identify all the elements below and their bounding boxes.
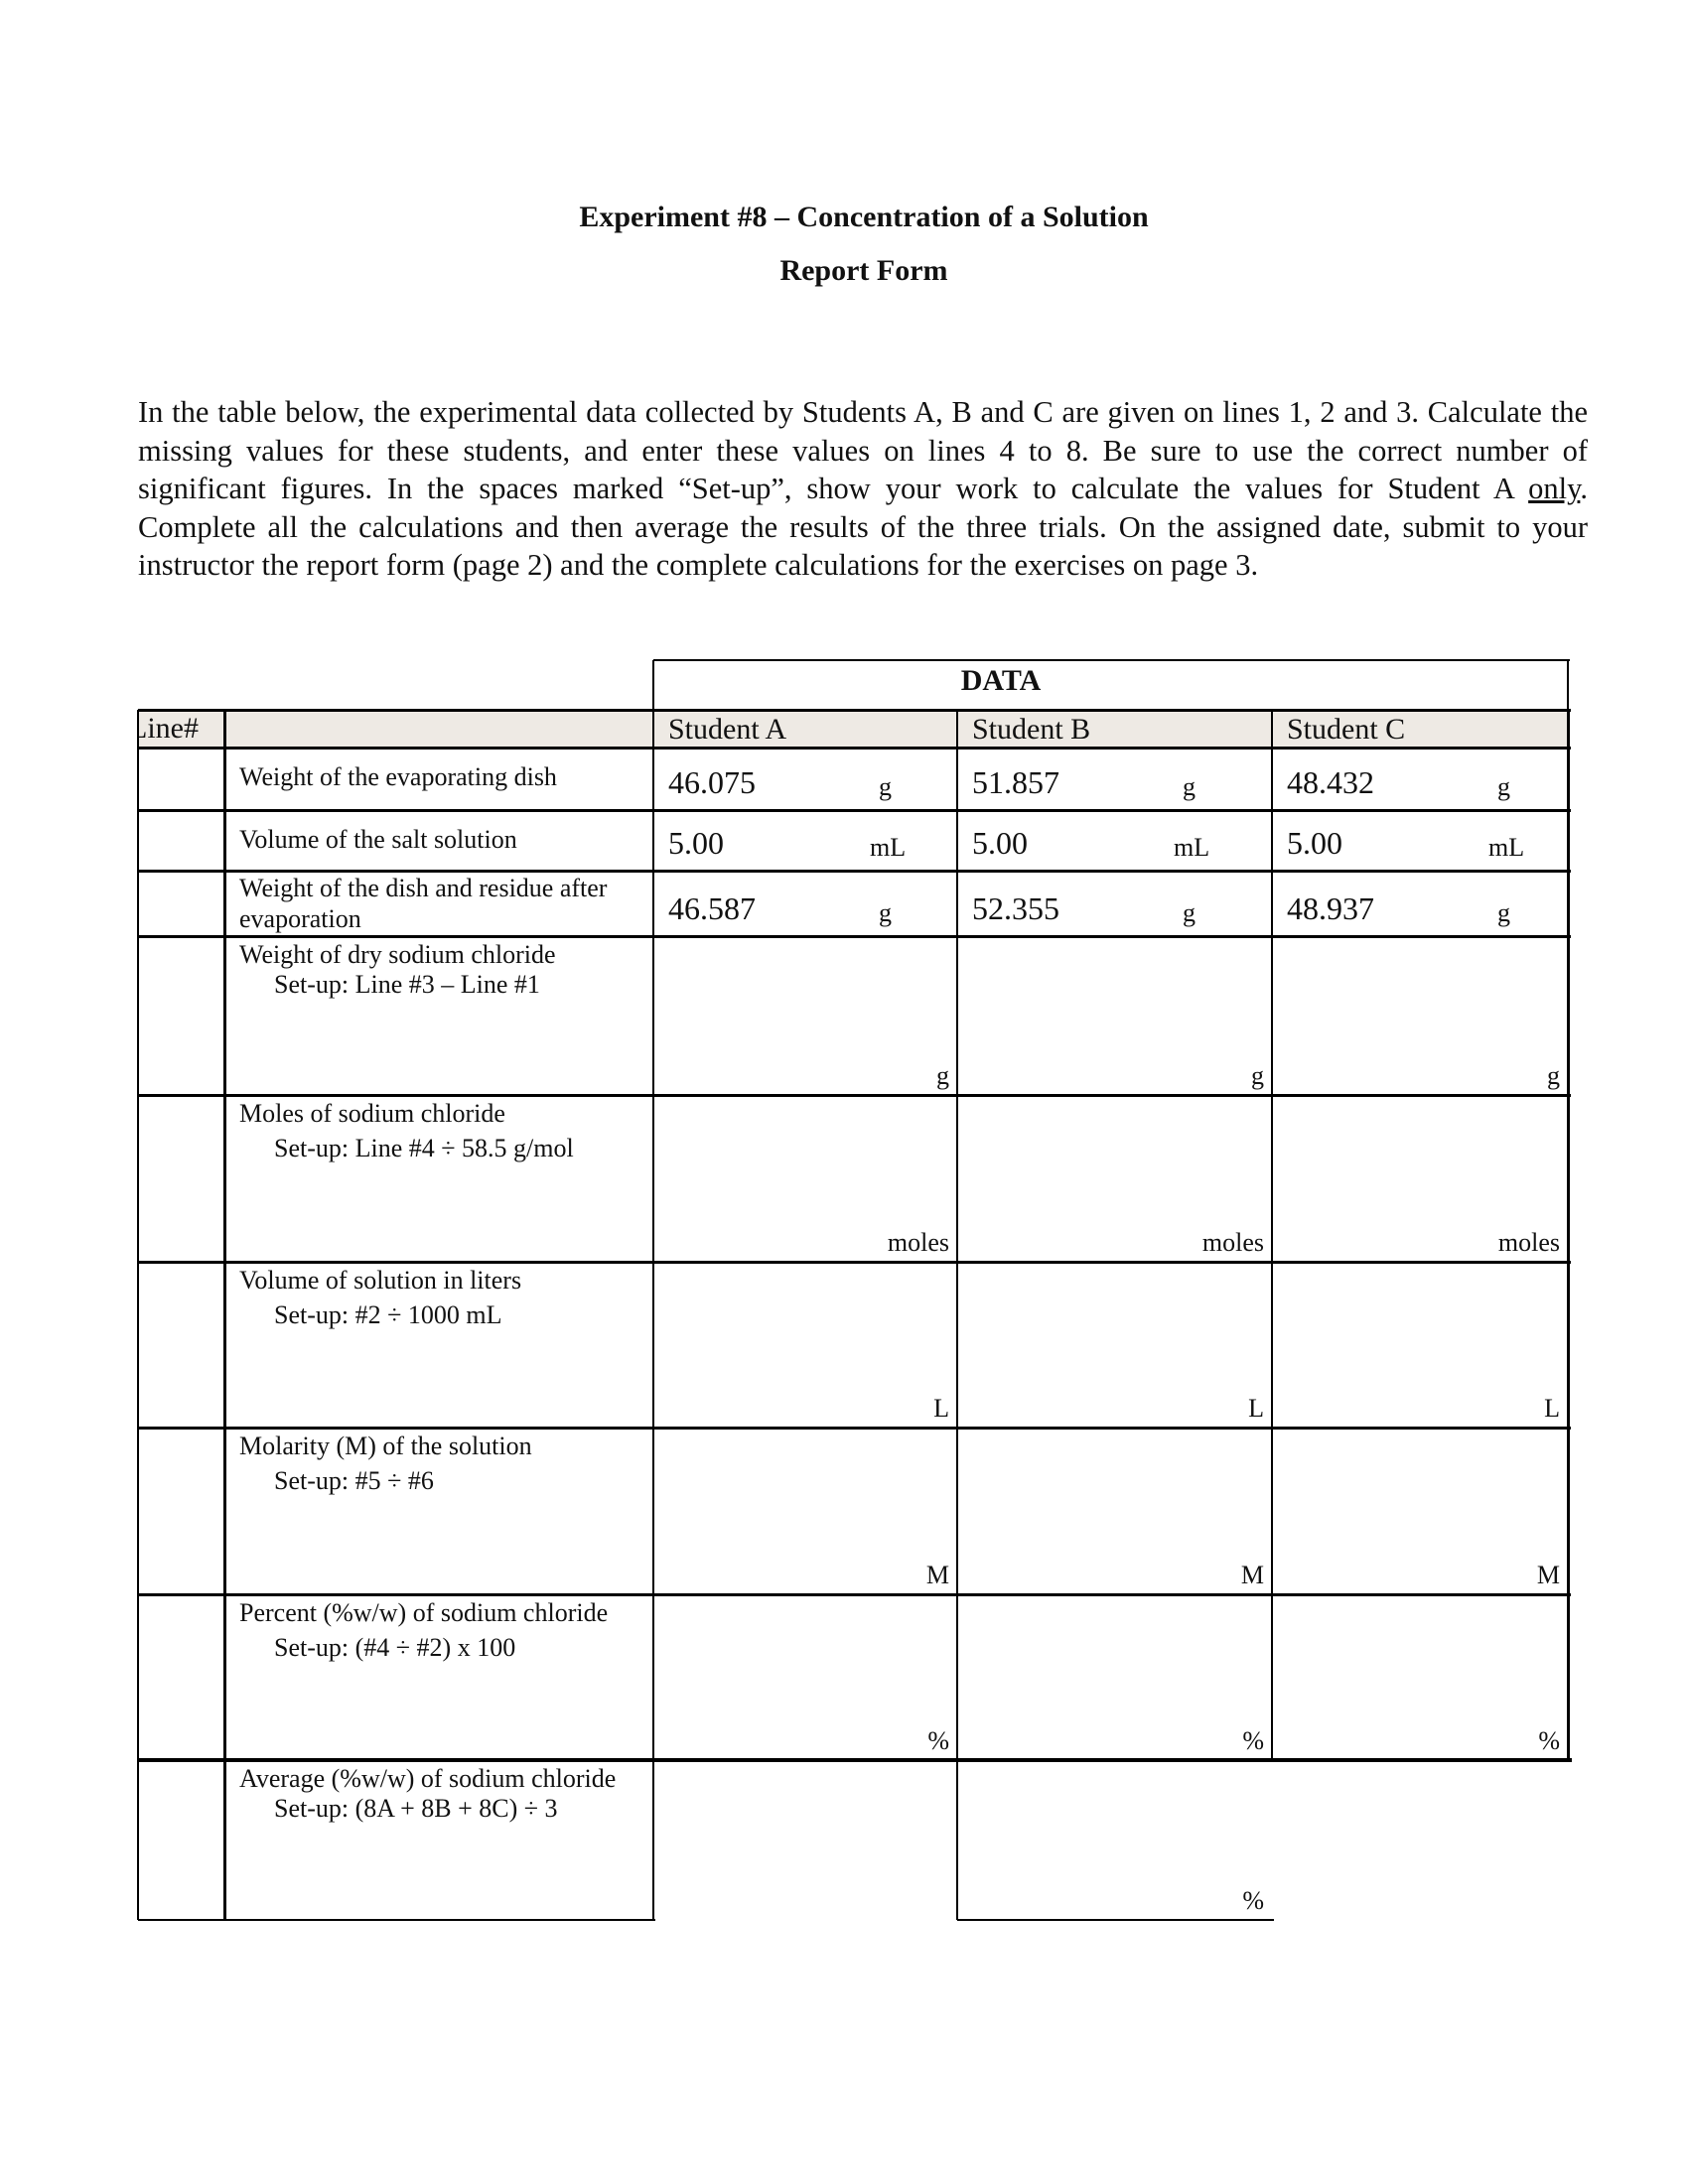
cell-unit: moles (1498, 1228, 1560, 1258)
cell-value: 48.432 (1287, 764, 1374, 801)
line-number-header: Line# (138, 712, 199, 746)
cell-unit: L (1248, 1394, 1264, 1424)
table-rule (138, 1593, 1571, 1596)
row-label: Weight of the evaporating dish (239, 761, 557, 792)
cell-unit: mL (1488, 833, 1524, 863)
instructions-underlined: only (1528, 472, 1580, 505)
column-header-student-c: Student C (1287, 713, 1405, 747)
cell-unit: g (1183, 898, 1196, 928)
cell-unit: g (936, 1061, 949, 1091)
cell-unit: g (1251, 1061, 1264, 1091)
cell-value: 51.857 (972, 764, 1059, 801)
table-rule (138, 935, 1571, 938)
cell-value: 5.00 (668, 825, 724, 862)
row-label: Moles of sodium chloride (239, 1098, 505, 1129)
table-rule (138, 809, 1571, 812)
cell-value: 46.075 (668, 764, 756, 801)
table-rule (957, 1919, 1274, 1921)
table-rule (138, 1758, 1572, 1762)
cell-unit: g (1497, 898, 1510, 928)
cell-unit: M (926, 1561, 949, 1590)
table-rule (653, 659, 1570, 661)
cell-unit: M (1241, 1561, 1264, 1590)
row-label-continued: evaporation (239, 903, 361, 934)
cell-value: 52.355 (972, 890, 1059, 927)
cell-unit: M (1537, 1561, 1560, 1590)
line-number-header-clip: Line# (138, 710, 224, 748)
table-rule (138, 709, 1571, 712)
instructions-paragraph: In the table below, the experimental dat… (138, 393, 1588, 585)
data-group-header: DATA (653, 664, 1348, 698)
table-rule (138, 1094, 1571, 1097)
table-rule (138, 747, 1571, 750)
cell-unit: L (1544, 1394, 1560, 1424)
cell-unit: % (927, 1726, 949, 1756)
table-rule (223, 710, 226, 1920)
average-setup: Set-up: (8A + 8B + 8C) ÷ 3 (274, 1793, 558, 1824)
table-rule (1271, 710, 1273, 1760)
average-label: Average (%w/w) of sodium chloride (239, 1763, 616, 1794)
page-subtitle: Report Form (0, 254, 1688, 288)
table-rule (956, 710, 958, 1920)
cell-unit: moles (888, 1228, 949, 1258)
average-unit: % (1242, 1886, 1264, 1916)
cell-unit: g (1183, 772, 1196, 802)
cell-value: 48.937 (1287, 890, 1374, 927)
row-setup: Set-up: (#4 ÷ #2) x 100 (274, 1632, 515, 1663)
cell-value: 5.00 (1287, 825, 1342, 862)
row-setup: Set-up: #2 ÷ 1000 mL (274, 1299, 501, 1330)
row-label: Volume of the salt solution (239, 824, 517, 855)
page-title: Experiment #8 – Concentration of a Solut… (0, 201, 1688, 234)
row-label: Molarity (M) of the solution (239, 1431, 532, 1461)
cell-value: 5.00 (972, 825, 1028, 862)
instructions-part1: In the table below, the experimental dat… (138, 395, 1588, 505)
row-label: Weight of the dish and residue after (239, 873, 607, 903)
row-label: Weight of dry sodium chloride (239, 939, 556, 970)
cell-value: 46.587 (668, 890, 756, 927)
table-rule (652, 710, 654, 1920)
cell-unit: g (1547, 1061, 1560, 1091)
row-setup: Set-up: Line #3 – Line #1 (274, 969, 540, 1000)
row-label: Percent (%w/w) of sodium chloride (239, 1597, 608, 1628)
table-rule (1567, 660, 1569, 710)
column-header-student-b: Student B (972, 713, 1090, 747)
cell-unit: g (879, 772, 892, 802)
table-rule (138, 1919, 655, 1921)
cell-unit: % (1538, 1726, 1560, 1756)
cell-unit: g (879, 898, 892, 928)
cell-unit: mL (1174, 833, 1209, 863)
cell-unit: mL (870, 833, 906, 863)
table-rule (138, 1261, 1571, 1264)
cell-unit: g (1497, 772, 1510, 802)
row-label: Volume of solution in liters (239, 1265, 521, 1296)
table-rule (1567, 710, 1570, 1762)
table-rule (137, 710, 139, 1920)
cell-unit: % (1242, 1726, 1264, 1756)
cell-unit: L (933, 1394, 949, 1424)
cell-unit: moles (1202, 1228, 1264, 1258)
row-setup: Set-up: #5 ÷ #6 (274, 1465, 434, 1496)
column-header-student-a: Student A (668, 713, 786, 747)
table-rule (138, 1427, 1571, 1430)
row-setup: Set-up: Line #4 ÷ 58.5 g/mol (274, 1133, 574, 1163)
